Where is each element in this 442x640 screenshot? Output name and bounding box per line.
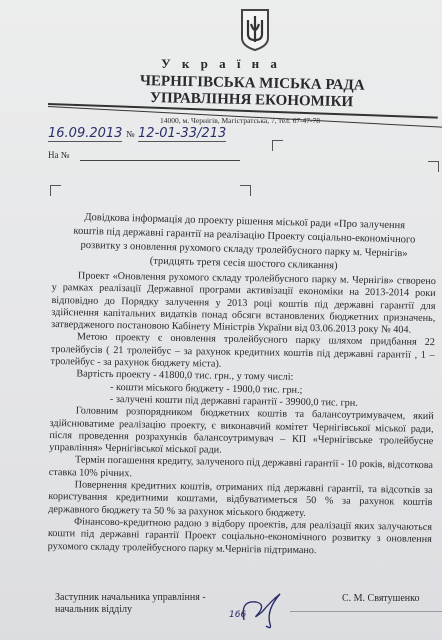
signatory-position: Заступник начальника управління - началь… — [55, 592, 206, 616]
registration-line: 16.09.2013 № 12-01-33/213 — [48, 126, 226, 142]
reply-blank-line — [80, 160, 240, 161]
address-corner-mark — [272, 140, 283, 151]
signatory-name: С. М. Святушенко — [342, 593, 420, 604]
reply-label: На № — [48, 150, 69, 160]
paragraph-repayment: Повернення кредитних коштів, отриманих п… — [48, 479, 433, 522]
signature-handwritten-number: 166 — [229, 610, 246, 620]
paragraph-approval: Фінансово-кредитною радою з відбору прое… — [48, 516, 433, 559]
address-corner-mark — [50, 185, 61, 196]
number-label: № — [126, 129, 135, 139]
registration-date: 16.09.2013 — [48, 126, 122, 142]
country-heading: У к р а ї н а — [0, 56, 442, 72]
document-body: Проект «Оновлення рухомого складу тролей… — [48, 270, 436, 559]
trident-coat-of-arms-icon — [240, 8, 270, 52]
position-line: Заступник начальника управління - — [55, 592, 206, 604]
paragraph-administrator: Головним розпорядником бюджетних коштів … — [49, 405, 434, 460]
paragraph-project: Проект «Оновлення рухомого складу тролей… — [51, 270, 436, 338]
address-line: 14000, м. Чернігів, Магістратська, 7, те… — [160, 116, 320, 125]
page-fold-line — [290, 611, 442, 612]
document-title: Довідкова інформація до проекту рішення … — [49, 210, 440, 276]
paragraph-goal: Метою проекту є оновлення тролейбусного … — [50, 331, 435, 374]
address-corner-mark — [428, 161, 439, 172]
document-page: У к р а ї н а ЧЕРНІГІВСЬКА МІСЬКА РАДА У… — [0, 0, 442, 640]
registration-number: 12-01-33/213 — [138, 126, 226, 142]
position-line: начальник відділу — [55, 604, 206, 616]
address-corner-mark — [240, 185, 251, 196]
